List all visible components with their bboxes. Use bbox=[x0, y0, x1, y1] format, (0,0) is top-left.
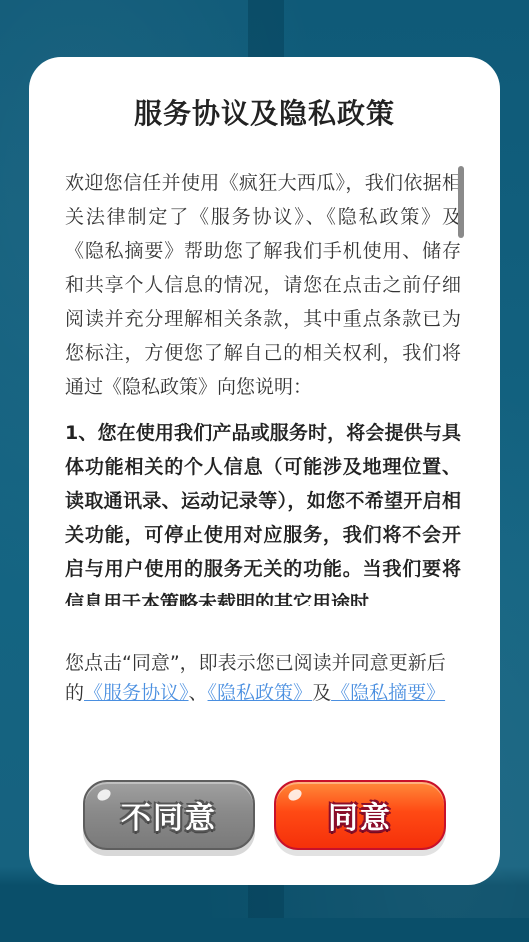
privacy-summary-link[interactable]: 《隐私摘要》 bbox=[331, 682, 445, 704]
clause-1-paragraph: 1、您在使用我们产品或服务时，将会提供与具体功能相关的个人信息（可能涉及地理位置… bbox=[65, 416, 461, 606]
privacy-policy-link[interactable]: 《隐私政策》 bbox=[208, 682, 313, 704]
scrollbar-thumb[interactable] bbox=[458, 166, 464, 238]
agreement-scroll-area[interactable]: 欢迎您信任并使用《疯狂大西瓜》，我们依据相关法律制定了《服务协议》、《隐私政策》… bbox=[65, 166, 461, 606]
consent-text: 您点击“同意”，即表示您已阅读并同意更新后的《服务协议》、《隐私政策》及《隐私摘… bbox=[65, 648, 461, 708]
button-shine-icon bbox=[286, 787, 303, 803]
disagree-button-label: 不同意 bbox=[121, 793, 217, 837]
disagree-button[interactable]: 不同意 bbox=[83, 780, 255, 850]
agree-button[interactable]: 同意 bbox=[274, 780, 446, 850]
consent-separator-1: 、 bbox=[189, 682, 208, 704]
consent-separator-2: 及 bbox=[312, 682, 331, 704]
agree-button-label: 同意 bbox=[328, 793, 392, 837]
intro-paragraph: 欢迎您信任并使用《疯狂大西瓜》，我们依据相关法律制定了《服务协议》、《隐私政策》… bbox=[65, 166, 461, 404]
service-agreement-link[interactable]: 《服务协议》 bbox=[84, 682, 189, 704]
background-bottom-bar bbox=[0, 918, 529, 942]
dialog-title: 服务协议及隐私政策 bbox=[0, 92, 529, 132]
button-shine-icon bbox=[95, 787, 112, 803]
agreement-content: 欢迎您信任并使用《疯狂大西瓜》，我们依据相关法律制定了《服务协议》、《隐私政策》… bbox=[65, 166, 461, 606]
